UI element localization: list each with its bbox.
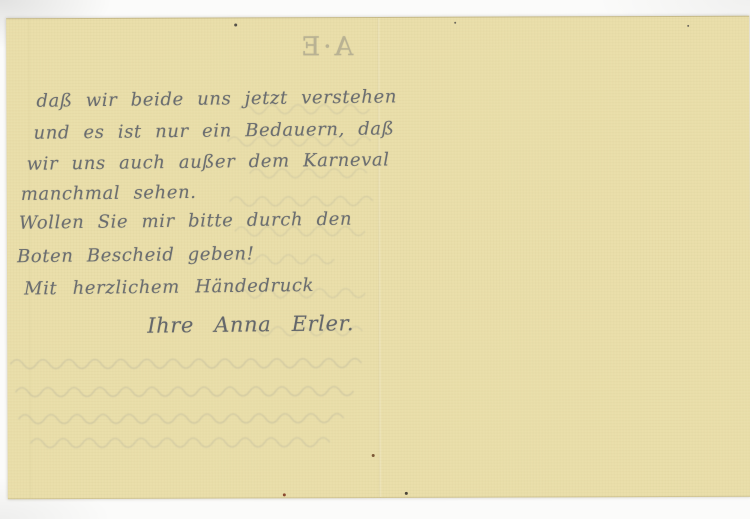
ghost-text-line [10,359,361,369]
ghost-text-line [19,414,344,424]
ghost-text-line [230,197,373,206]
paper-speck [454,22,456,24]
letter-signature: Ihre Anna Erler. [147,310,354,339]
letter-paper: A·E daß wir beide uns jetzt verstehen un… [6,16,750,500]
monogram-ae-mirrored: A·E [298,32,353,62]
handwriting-line: wir uns auch außer dem Karneval [27,147,390,177]
paper-speck [234,23,237,26]
handwriting-line: Boten Bescheid geben! [17,241,255,270]
paper-speck [687,25,689,27]
handwriting-line: und es ist nur ein Bedauern, daß [33,116,394,146]
paper-speck [283,493,286,496]
ghost-text-line [15,387,353,397]
handwriting-line: Wollen Sie mir bitte durch den [19,207,353,237]
handwriting-line: daß wir beide uns jetzt verstehen [36,84,397,114]
paper-speck [372,454,375,457]
letter-closing: Mit herzlichem Händedruck [24,273,314,303]
handwriting-line: manchmal sehen. [21,180,197,208]
paper-speck [405,492,408,495]
ghost-text-line [31,438,330,448]
scanned-letter-background: A·E daß wir beide uns jetzt verstehen un… [0,0,750,519]
